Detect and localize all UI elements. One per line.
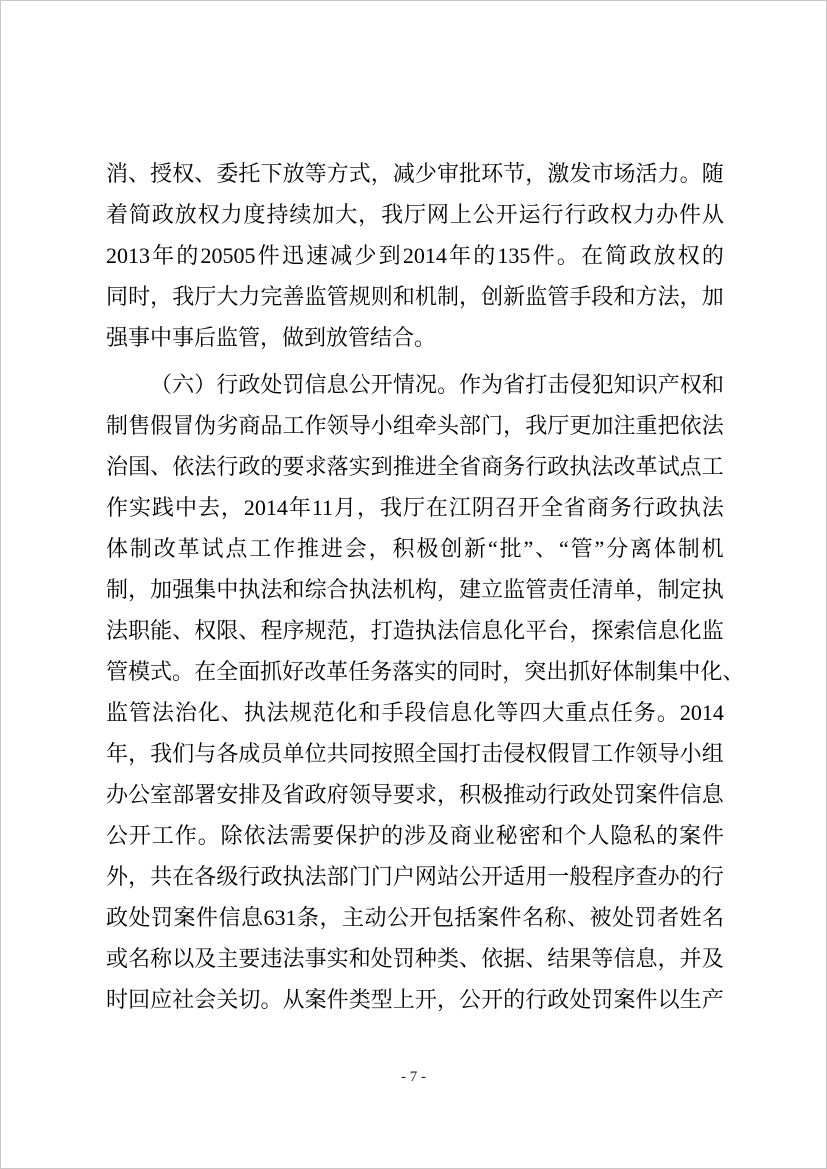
text-line: 管模式。在全面抓好改革任务落实的同时，突出抓好体制集中化、 xyxy=(106,651,724,692)
text-line: 强事中事后监管，做到放管结合。 xyxy=(106,317,724,358)
text-line: （六）行政处罚信息公开情况。作为省打击侵犯知识产权和 xyxy=(106,364,724,405)
text-line: 年，我们与各成员单位共同按照全国打击侵权假冒工作领导小组 xyxy=(106,733,724,774)
document-body: 消、授权、委托下放等方式，减少审批环节，激发市场活力。随着简政放权力度持续加大，… xyxy=(106,153,724,1020)
text-line: 制，加强集中执法和综合执法机构，建立监管责任清单，制定执 xyxy=(106,569,724,610)
text-line: 政处罚案件信息631条，主动公开包括案件名称、被处罚者姓名 xyxy=(106,897,724,938)
text-line: 法职能、权限、程序规范，打造执法信息化平台，探索信息化监 xyxy=(106,610,724,651)
text-line: 2013年的20505件迅速减少到2014年的135件。在简政放权的 xyxy=(106,235,724,276)
text-line: 外，共在各级行政执法部门门户网站公开适用一般程序查办的行 xyxy=(106,856,724,897)
text-line: 治国、依法行政的要求落实到推进全省商务行政执法改革试点工 xyxy=(106,446,724,487)
paragraph: （六）行政处罚信息公开情况。作为省打击侵犯知识产权和制售假冒伪劣商品工作领导小组… xyxy=(106,364,724,1020)
text-line: 作实践中去，2014年11月，我厅在江阴召开全省商务行政执法 xyxy=(106,487,724,528)
text-line: 监管法治化、执法规范化和手段信息化等四大重点任务。2014 xyxy=(106,692,724,733)
text-line: 或名称以及主要违法事实和处罚种类、依据、结果等信息，并及 xyxy=(106,938,724,979)
text-line: 体制改革试点工作推进会，积极创新“批”、“管”分离体制机 xyxy=(106,528,724,569)
text-line: 制售假冒伪劣商品工作领导小组牵头部门，我厅更加注重把依法 xyxy=(106,405,724,446)
text-line: 同时，我厅大力完善监管规则和机制，创新监管手段和方法，加 xyxy=(106,276,724,317)
document-page: 消、授权、委托下放等方式，减少审批环节，激发市场活力。随着简政放权力度持续加大，… xyxy=(0,0,827,1169)
text-line: 时回应社会关切。从案件类型上开，公开的行政处罚案件以生产 xyxy=(106,979,724,1020)
text-line: 办公室部署安排及省政府领导要求，积极推动行政处罚案件信息 xyxy=(106,774,724,815)
page-number: - 7 - xyxy=(1,1067,826,1087)
text-line: 消、授权、委托下放等方式，减少审批环节，激发市场活力。随 xyxy=(106,153,724,194)
text-line: 公开工作。除依法需要保护的涉及商业秘密和个人隐私的案件 xyxy=(106,815,724,856)
paragraph: 消、授权、委托下放等方式，减少审批环节，激发市场活力。随着简政放权力度持续加大，… xyxy=(106,153,724,358)
text-line: 着简政放权力度持续加大，我厅网上公开运行行政权力办件从 xyxy=(106,194,724,235)
